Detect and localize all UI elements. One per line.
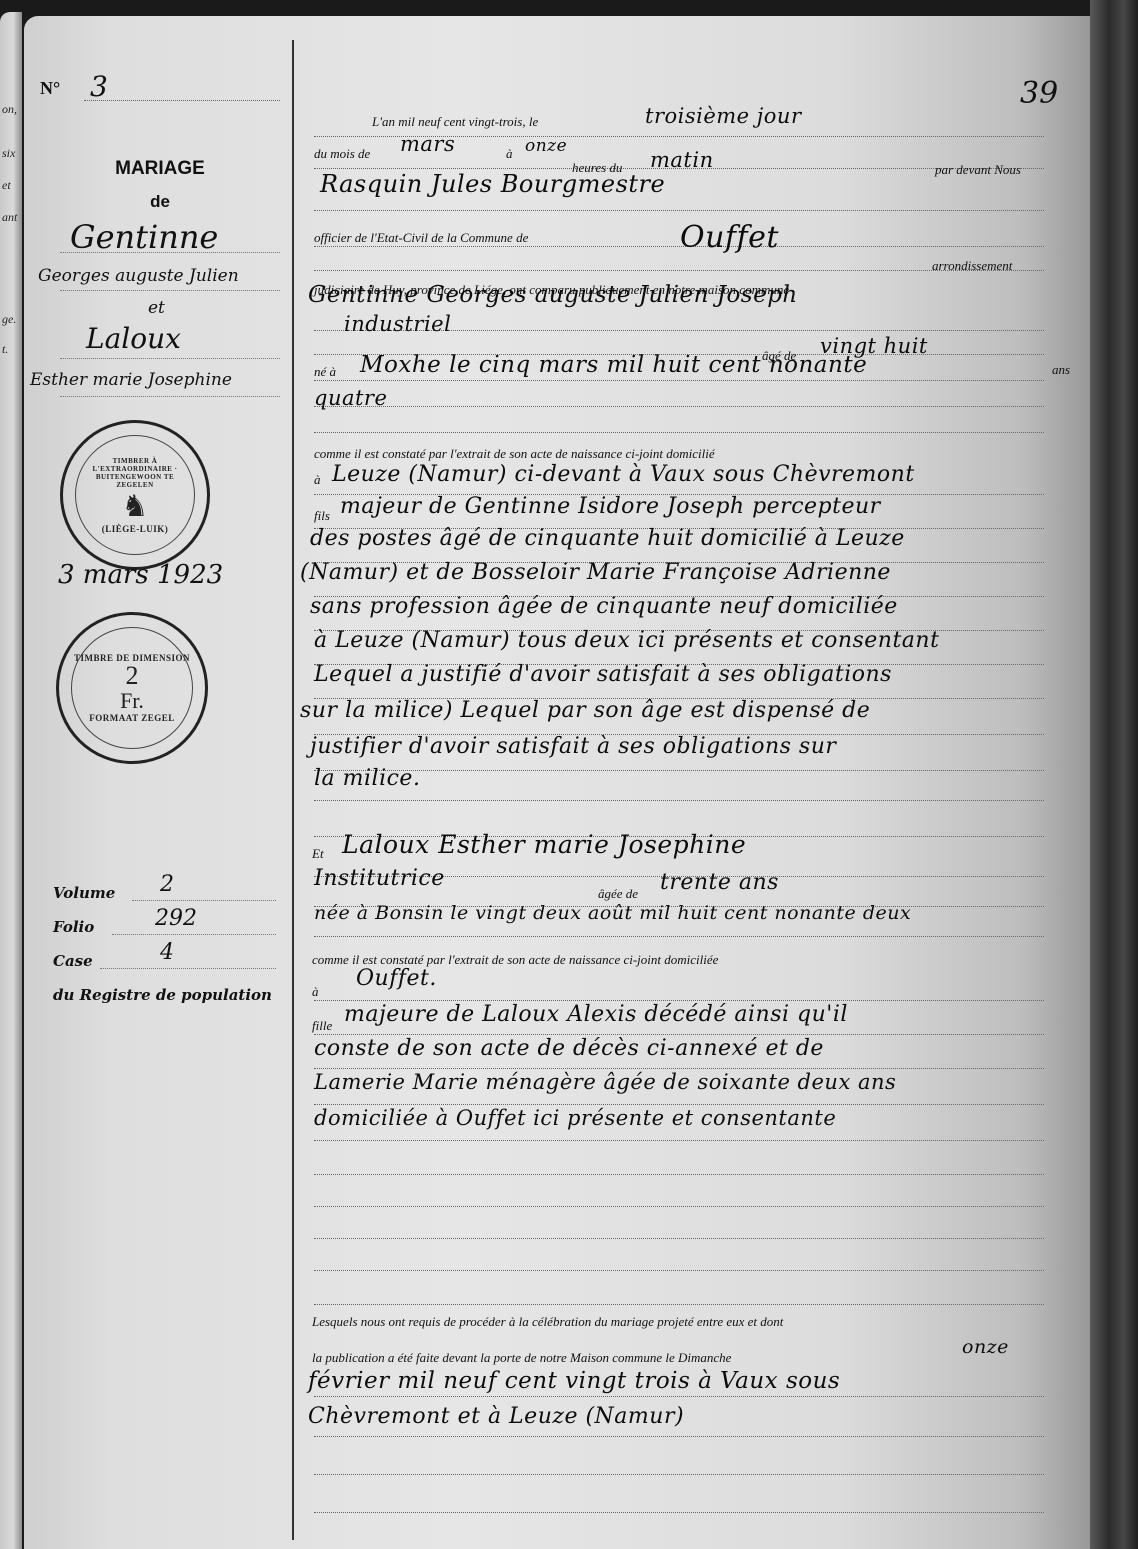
- handwritten-parents: (Namur) et de Bosseloir Marie Françoise …: [300, 560, 891, 585]
- dotted-line: [60, 252, 280, 253]
- ruled-line: [314, 1488, 1044, 1513]
- handwritten-bride-birth: née à Bonsin le vingt deux août mil huit…: [314, 902, 911, 924]
- margin-bride-surname: Laloux: [86, 322, 181, 355]
- volume-value: 2: [160, 872, 174, 897]
- ruled-line: [314, 1150, 1044, 1175]
- ruled-line: [314, 1280, 1044, 1305]
- stamp-ring: [71, 627, 193, 749]
- handwritten-day: troisième jour: [645, 104, 802, 128]
- handwritten-officer: Rasquin Jules Bourgmestre: [320, 170, 665, 198]
- handwritten-hour: onze: [525, 136, 567, 156]
- margin-et: et: [148, 298, 165, 318]
- folio-value: 292: [155, 906, 197, 931]
- handwritten-bride-name: Laloux Esther marie Josephine: [342, 830, 746, 859]
- dotted-line: [84, 100, 280, 101]
- act-body: L'an mil neuf cent vingt-trois, le trois…: [300, 0, 1060, 1549]
- prev-page-text: et: [2, 178, 11, 193]
- column-divider: [292, 40, 294, 1540]
- printed-text: Et: [312, 846, 324, 862]
- stamp-ring: [75, 435, 195, 555]
- printed-text: officier de l'Etat-Civil de la Commune d…: [314, 230, 528, 246]
- printed-text: à: [506, 146, 513, 162]
- dotted-line: [60, 358, 280, 359]
- printed-text: fils: [314, 508, 330, 524]
- ruled-line: [314, 1450, 1044, 1475]
- printed-text: à: [312, 984, 319, 1000]
- handwritten-bride-job: Institutrice: [314, 866, 445, 891]
- ruled-line: [314, 408, 1044, 433]
- printed-text: ans: [1052, 362, 1070, 378]
- handwritten-publication: février mil neuf cent vingt trois à Vaux…: [308, 1368, 840, 1394]
- prev-page-text: on,: [2, 102, 17, 117]
- handwritten-militia: la milice.: [314, 766, 420, 791]
- handwritten-militia: justifier d'avoir satisfait à ses obliga…: [310, 734, 836, 759]
- printed-text: la publication a été faite devant la por…: [312, 1350, 731, 1366]
- handwritten-bride-domicile: Ouffet.: [356, 966, 437, 991]
- handwritten-groom-birth: Moxhe le cinq mars mil huit cent nonante: [360, 352, 867, 378]
- handwritten-parents: des postes âgé de cinquante huit domicil…: [310, 526, 905, 551]
- ruled-line: [314, 1182, 1044, 1207]
- ruled-line: [314, 1214, 1044, 1239]
- printed-text: fille: [312, 1018, 332, 1034]
- prev-page-text: ge.: [2, 312, 16, 327]
- extraordinary-stamp: TIMBRER À L'EXTRAORDINAIRE · BUITENGEWOO…: [60, 420, 210, 570]
- act-title-de: de: [90, 192, 230, 212]
- handwritten-bride-age: trente ans: [660, 870, 779, 895]
- previous-page-edge: on, six et ant ge. t.: [0, 12, 22, 1549]
- act-title: MARIAGE: [90, 158, 230, 180]
- printed-text: par devant Nous: [935, 162, 1021, 178]
- printed-text: né à: [314, 364, 336, 380]
- handwritten-groom-domicile: Leuze (Namur) ci-devant à Vaux sous Chèv…: [332, 462, 915, 487]
- volume-label: Volume: [53, 884, 115, 902]
- handwritten-commune: Ouffet: [680, 220, 779, 255]
- handwritten-bride-parents: majeure de Laloux Alexis décédé ainsi qu…: [344, 1002, 848, 1027]
- printed-text: L'an mil neuf cent vingt-trois, le: [372, 114, 538, 130]
- prev-page-text: ant: [2, 210, 17, 225]
- act-number-value: 3: [90, 70, 108, 103]
- handwritten-bride-parents: domiciliée à Ouffet ici présente et cons…: [314, 1106, 836, 1130]
- stamp-date: 3 mars 1923: [58, 560, 223, 590]
- margin-groom-surname: Gentinne: [70, 218, 218, 256]
- dimension-stamp: TIMBRE DE DIMENSION 2 Fr. FORMAAT ZEGEL: [56, 612, 208, 764]
- handwritten-publication: Chèvremont et à Leuze (Namur): [308, 1404, 684, 1429]
- printed-text: à: [314, 472, 321, 488]
- printed-text: Lesquels nous ont requis de procéder à l…: [312, 1314, 783, 1330]
- case-value: 4: [160, 940, 174, 965]
- handwritten-groom-name: Gentinne Georges auguste Julien Joseph: [308, 282, 798, 308]
- margin-groom-given: Georges auguste Julien: [38, 266, 239, 286]
- ruled-line: [314, 382, 1044, 407]
- registry-footer: du Registre de population: [53, 986, 272, 1004]
- handwritten-publication-day: onze: [962, 1336, 1009, 1358]
- act-number-label: N°: [40, 78, 60, 99]
- handwritten-time: matin: [650, 148, 714, 172]
- printed-text: arrondissement: [932, 258, 1012, 274]
- prev-page-text: t.: [2, 342, 8, 357]
- handwritten-groom-job: industriel: [344, 312, 451, 336]
- printed-text: âgée de: [598, 886, 638, 902]
- folio-label: Folio: [53, 918, 94, 936]
- dotted-line: [60, 290, 280, 291]
- handwritten-bride-parents: Lamerie Marie ménagère âgée de soixante …: [314, 1070, 896, 1094]
- ruled-line: [314, 776, 1044, 801]
- prev-page-text: six: [2, 146, 15, 161]
- printed-text: comme il est constaté par l'extrait de s…: [314, 446, 715, 462]
- margin-bride-given: Esther marie Josephine: [30, 370, 232, 390]
- handwritten-parents: sans profession âgée de cinquante neuf d…: [310, 594, 898, 619]
- dotted-line: [100, 968, 276, 969]
- dotted-line: [60, 396, 280, 397]
- handwritten-groom-birth-cont: quatre: [314, 386, 387, 410]
- case-label: Case: [53, 952, 93, 970]
- book-binding-shadow: [1090, 0, 1138, 1549]
- dotted-line: [112, 934, 276, 935]
- handwritten-bride-parents: conste de son acte de décès ci-annexé et…: [314, 1036, 824, 1061]
- handwritten-militia: sur la milice) Lequel par son âge est di…: [300, 698, 870, 723]
- dotted-line: [132, 900, 276, 901]
- ruled-line: [314, 1246, 1044, 1271]
- handwritten-militia: Lequel a justifié d'avoir satisfait à se…: [314, 662, 892, 687]
- handwritten-parents: majeur de Gentinne Isidore Joseph percep…: [340, 494, 881, 519]
- printed-text: du mois de: [314, 146, 370, 162]
- handwritten-month: mars: [400, 132, 455, 156]
- handwritten-parents: à Leuze (Namur) tous deux ici présents e…: [314, 628, 939, 653]
